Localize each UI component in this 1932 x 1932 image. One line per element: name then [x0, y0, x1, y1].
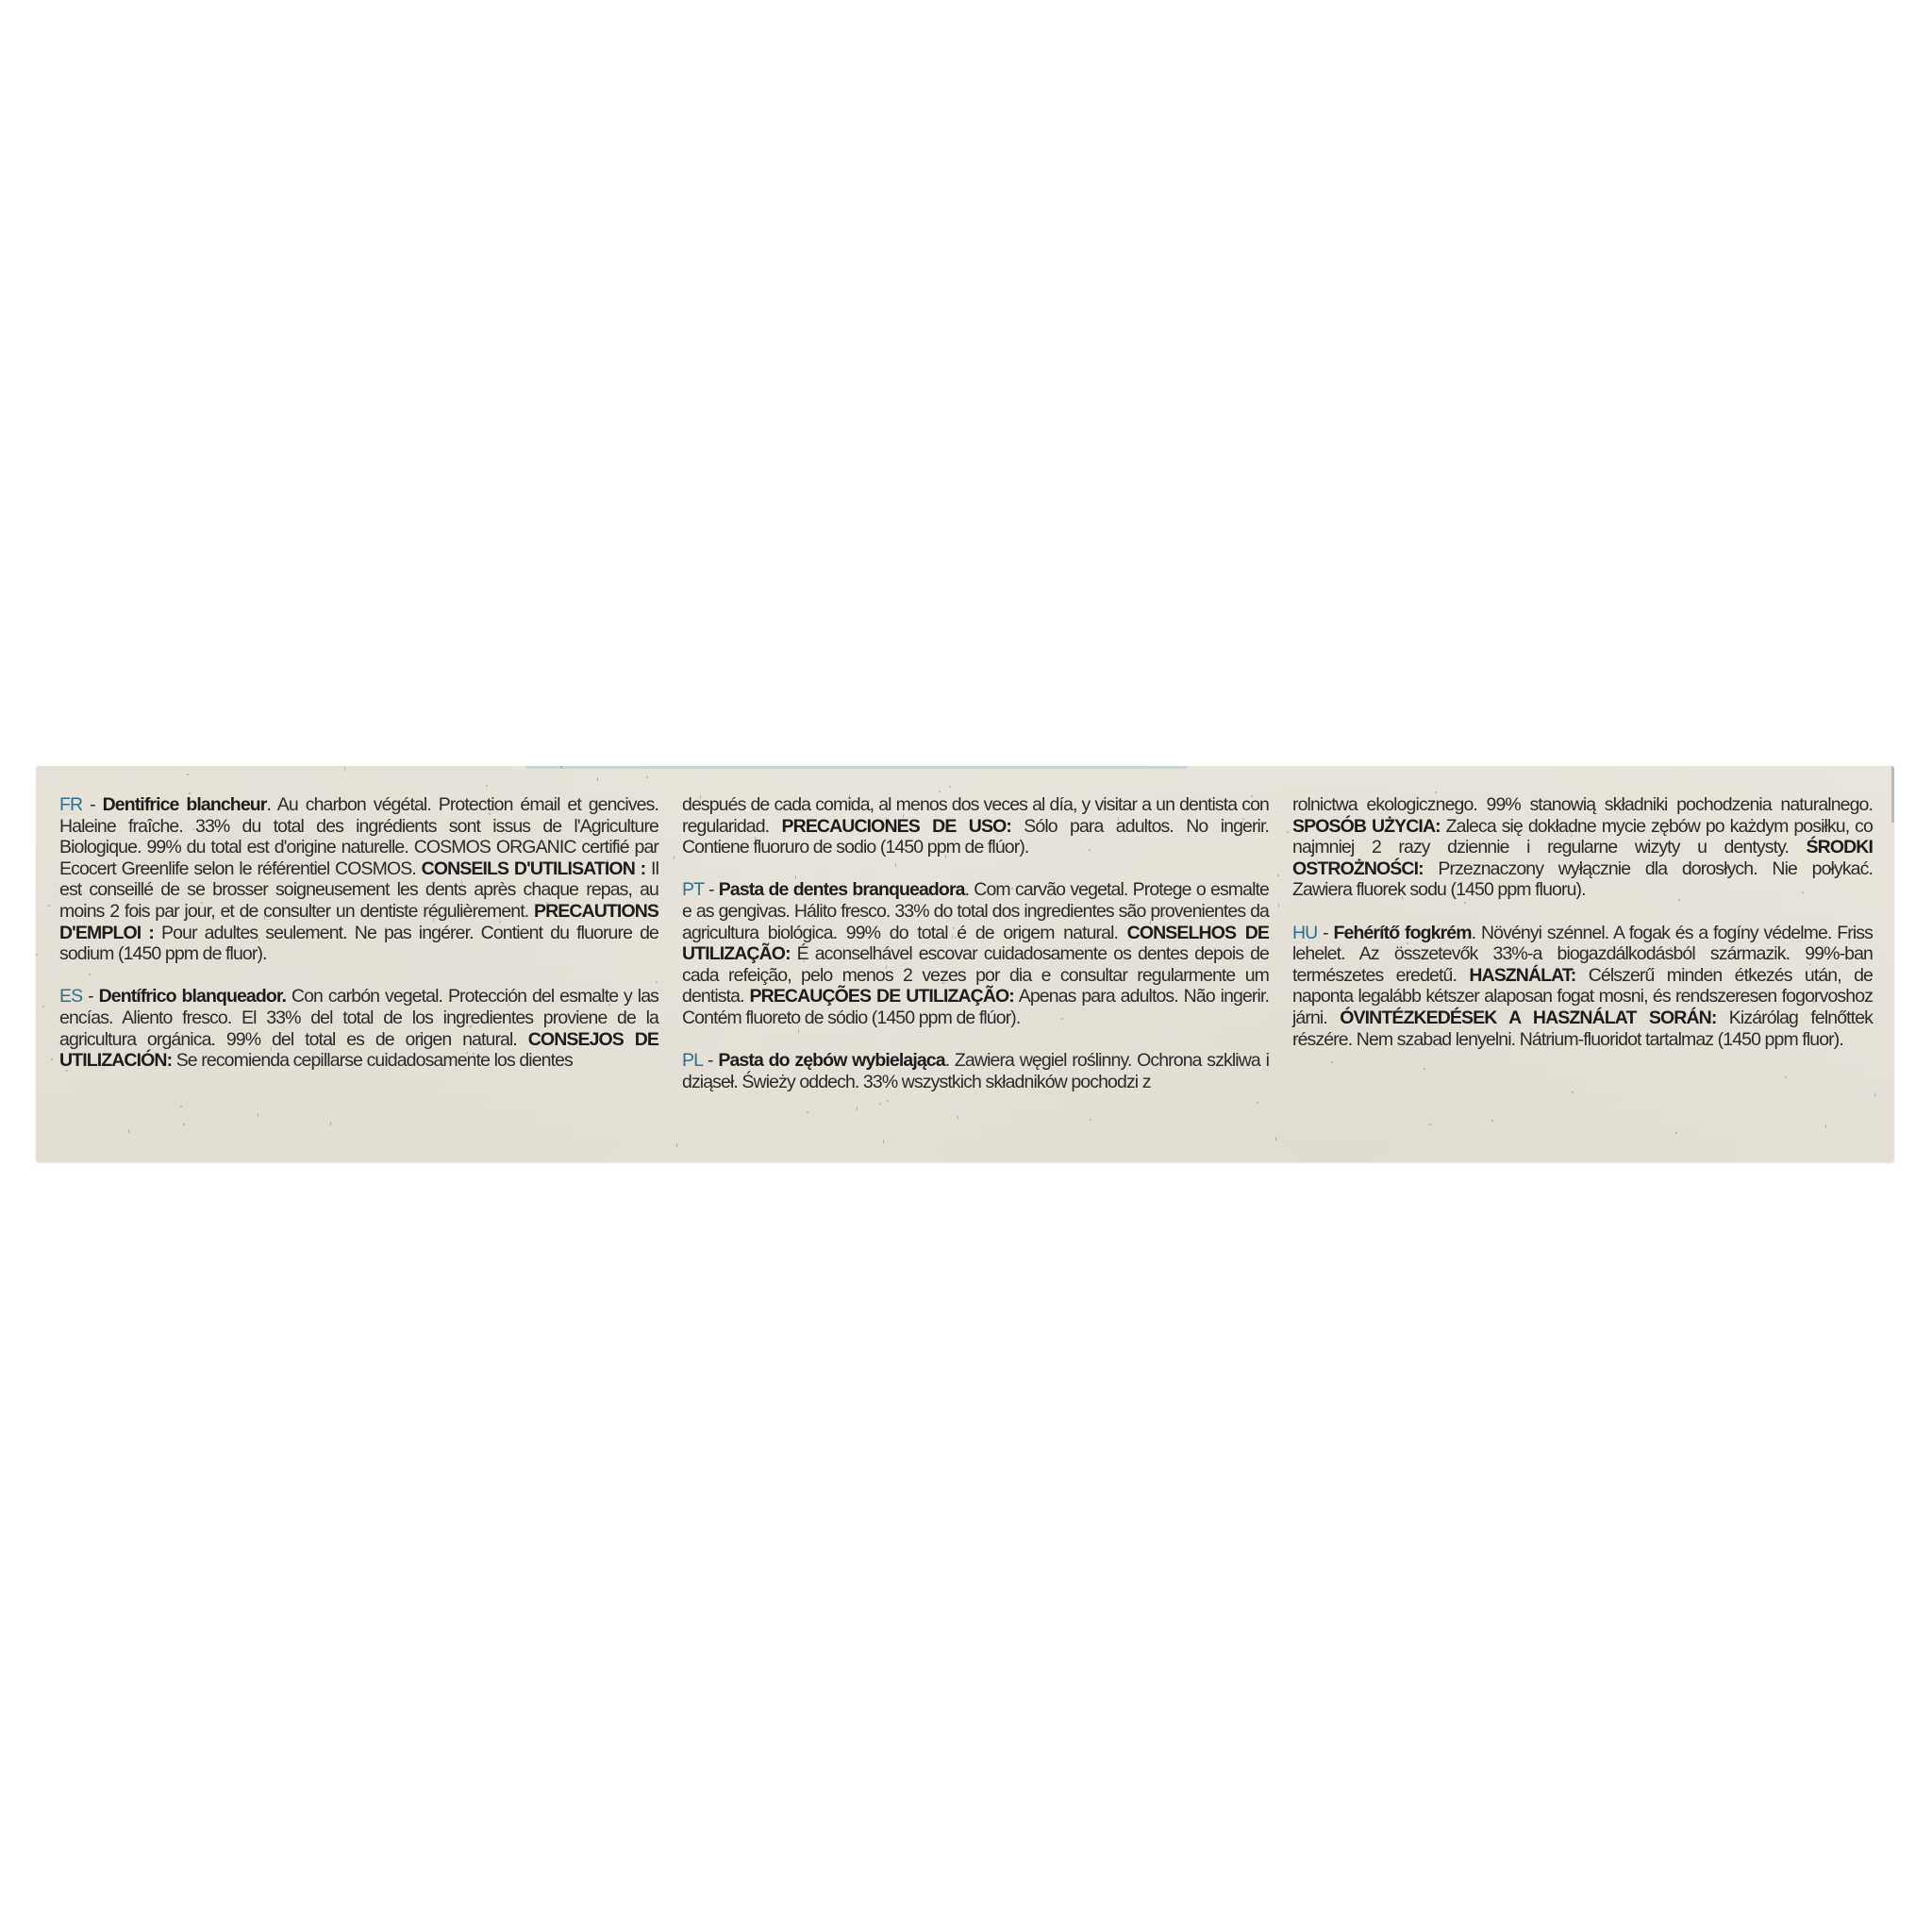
paper-fiber-speck — [1633, 936, 1635, 938]
paper-fiber-speck — [891, 826, 892, 828]
paper-fiber-speck — [886, 965, 887, 969]
paper-fiber-speck — [1201, 908, 1203, 910]
paper-fiber-speck — [264, 916, 265, 920]
paragraph-hu: HU - Fehérítő fogkrém. Növényi szénnel. … — [1292, 923, 1873, 1051]
paper-fiber-speck — [535, 1062, 536, 1066]
paper-fiber-speck — [243, 892, 245, 894]
paper-fiber-speck — [1785, 1076, 1787, 1078]
paper-fiber-speck — [466, 1052, 468, 1054]
paper-fiber-speck — [1491, 1120, 1493, 1122]
paper-fiber-speck — [1700, 806, 1702, 808]
paper-fiber-speck — [1375, 890, 1377, 891]
paper-fiber-speck — [953, 927, 955, 929]
language-code: PT — [682, 879, 704, 900]
paper-fiber-speck — [499, 921, 501, 923]
paper-fiber-speck — [958, 1116, 958, 1120]
paper-fiber-speck — [1802, 891, 1804, 893]
paper-fiber-speck — [1866, 1011, 1867, 1015]
paper-fiber-speck — [1678, 899, 1680, 901]
paper-fiber-speck — [344, 767, 345, 771]
paper-fiber-speck — [1867, 1021, 1869, 1023]
body-text: - — [82, 986, 98, 1007]
paper-fiber-speck — [1047, 893, 1049, 895]
paper-fiber-speck — [1435, 791, 1437, 793]
paper-fiber-speck — [128, 1129, 129, 1133]
paper-fiber-speck — [461, 880, 462, 884]
paper-fiber-speck — [1382, 806, 1384, 808]
paper-fiber-speck — [868, 800, 870, 802]
paper-fiber-speck — [1020, 970, 1021, 974]
paper-fiber-speck — [755, 837, 756, 841]
paper-fiber-speck — [955, 937, 957, 939]
paper-fiber-speck — [1825, 1124, 1826, 1128]
paper-fiber-speck — [942, 982, 944, 984]
paper-fiber-speck — [1572, 1091, 1574, 1093]
paper-fiber-speck — [141, 865, 142, 867]
paper-fiber-speck — [1090, 1119, 1091, 1121]
paper-fiber-speck — [883, 1140, 884, 1143]
paper-fiber-speck — [1409, 970, 1411, 972]
paper-fiber-speck — [1163, 914, 1165, 916]
paper-fiber-speck — [1287, 831, 1289, 833]
paper-fiber-speck — [433, 918, 434, 922]
paper-fiber-speck — [36, 954, 38, 956]
paper-fiber-speck — [1496, 1040, 1498, 1041]
paper-fiber-speck — [301, 823, 303, 824]
paper-fiber-speck — [597, 777, 598, 781]
paper-fiber-speck — [903, 814, 904, 818]
body-text: - — [702, 1050, 718, 1071]
paper-fiber-speck — [1571, 831, 1573, 833]
paper-fiber-speck — [795, 875, 796, 879]
paper-fiber-speck — [804, 958, 805, 962]
paragraph-pl: PL - Pasta do zębów wybielająca. Zawiera… — [682, 1050, 1269, 1092]
product-title: Fehérítő fogkrém — [1334, 923, 1472, 943]
text-column-3: rolnictwa ekologicznego. 99% stanowią sk… — [1292, 794, 1873, 1072]
text-column-2: después de cada comida, al menos dos vec… — [682, 794, 1269, 1114]
paper-fiber-speck — [199, 884, 201, 886]
paper-fiber-speck — [949, 786, 951, 788]
paper-fiber-speck — [473, 1053, 475, 1055]
paper-fiber-speck — [508, 1004, 509, 1006]
paragraph-es: ES - Dentífrico blanqueador. Con carbón … — [59, 986, 658, 1071]
text-column-1: FR - Dentifrice blancheur. Au charbon vé… — [59, 794, 658, 1092]
language-code: PL — [682, 1050, 702, 1071]
paper-fiber-speck — [1251, 795, 1253, 797]
paper-fiber-speck — [676, 1143, 677, 1147]
paper-fiber-speck — [1407, 942, 1408, 944]
paper-fiber-speck — [1809, 964, 1811, 966]
language-code: HU — [1292, 923, 1317, 943]
section-heading: CONSEILS D'UTILISATION : — [422, 858, 646, 879]
paper-fiber-speck — [857, 1107, 858, 1110]
product-title: Dentífrico blanqueador. — [99, 986, 286, 1007]
paper-fiber-speck — [646, 776, 648, 778]
paper-fiber-speck — [895, 863, 896, 867]
paper-fiber-speck — [939, 791, 941, 792]
paper-fiber-speck — [48, 905, 50, 907]
paper-fiber-speck — [546, 902, 548, 904]
paper-fiber-speck — [887, 1100, 889, 1102]
paragraph-es-cont: después de cada comida, al menos dos vec… — [682, 794, 1269, 858]
section-heading: HASZNÁLAT: — [1469, 965, 1575, 986]
body-text: - — [82, 794, 102, 815]
paper-fiber-speck — [1857, 938, 1859, 940]
language-code: ES — [59, 986, 82, 1007]
paper-fiber-speck — [1118, 817, 1119, 821]
paper-fiber-speck — [849, 794, 850, 798]
paper-fiber-speck — [183, 1124, 185, 1125]
paper-fiber-speck — [607, 859, 608, 861]
paper-fiber-speck — [851, 800, 852, 804]
paper-fiber-speck — [288, 829, 290, 831]
paper-fiber-speck — [258, 1113, 258, 1117]
paper-fiber-speck — [1417, 1013, 1419, 1015]
paper-fiber-speck — [1398, 869, 1399, 873]
paper-fiber-speck — [321, 1039, 322, 1042]
body-text: rolnictwa ekologicznego. 99% stanowią sk… — [1292, 794, 1873, 815]
body-text: - — [704, 879, 719, 900]
body-text: - — [1317, 923, 1333, 943]
paper-fiber-speck — [1710, 970, 1712, 972]
product-title: Dentifrice blancheur — [103, 794, 267, 815]
paper-fiber-speck — [1061, 1018, 1063, 1020]
paper-fiber-speck — [297, 911, 298, 915]
paper-fiber-speck — [1257, 956, 1259, 958]
paper-fiber-speck — [879, 1103, 881, 1105]
paper-fiber-speck — [448, 916, 450, 918]
paper-fiber-speck — [51, 1058, 53, 1060]
paper-fiber-speck — [945, 855, 946, 858]
toothpaste-box-side-panel: FR - Dentifrice blancheur. Au charbon vé… — [36, 766, 1894, 1162]
paper-fiber-speck — [1429, 1124, 1431, 1125]
paragraph-pl-cont: rolnictwa ekologicznego. 99% stanowią sk… — [1292, 794, 1873, 901]
paper-fiber-speck — [470, 1025, 472, 1027]
paper-fiber-speck — [330, 1122, 331, 1125]
paper-fiber-speck — [237, 950, 239, 952]
paper-fiber-speck — [608, 1004, 610, 1006]
paper-fiber-speck — [1477, 1034, 1479, 1036]
section-heading: SPOSÓB UŻYCIA: — [1292, 816, 1441, 837]
paper-fiber-speck — [1072, 954, 1074, 956]
paper-fiber-speck — [1089, 849, 1091, 851]
paper-fiber-speck — [807, 1111, 808, 1113]
paper-fiber-speck — [194, 847, 196, 849]
paper-fiber-speck — [700, 795, 701, 799]
paper-fiber-speck — [487, 937, 489, 939]
box-top-edge-stripe — [526, 766, 1187, 769]
paper-fiber-speck — [1571, 835, 1573, 837]
paragraph-fr: FR - Dentifrice blancheur. Au charbon vé… — [59, 794, 658, 965]
paper-fiber-speck — [80, 891, 82, 892]
paper-fiber-speck — [1242, 818, 1244, 820]
paper-fiber-speck — [1464, 902, 1466, 904]
paper-fiber-speck — [952, 935, 953, 939]
paper-fiber-speck — [1874, 1093, 1875, 1097]
paper-fiber-speck — [1813, 1001, 1815, 1003]
paper-fiber-speck — [131, 908, 133, 910]
paper-fiber-speck — [1424, 1068, 1425, 1070]
paper-fiber-speck — [42, 1006, 44, 1008]
language-code: FR — [59, 794, 82, 815]
paper-fiber-speck — [1295, 1039, 1297, 1041]
paper-fiber-speck — [674, 856, 675, 859]
paper-fiber-speck — [486, 785, 488, 787]
paper-fiber-speck — [1150, 921, 1151, 924]
paper-fiber-speck — [798, 887, 799, 891]
paper-fiber-speck — [560, 766, 562, 768]
paper-fiber-speck — [192, 828, 194, 830]
paper-fiber-speck — [489, 813, 491, 815]
paper-fiber-speck — [1361, 1013, 1363, 1015]
paper-fiber-speck — [656, 981, 658, 983]
paper-fiber-speck — [1011, 888, 1013, 890]
paper-fiber-speck — [1670, 947, 1672, 949]
paper-fiber-speck — [187, 774, 189, 775]
paper-fiber-speck — [1331, 1061, 1333, 1063]
paper-fiber-speck — [271, 1047, 272, 1051]
product-photo: FR - Dentifrice blancheur. Au charbon vé… — [0, 0, 1932, 1932]
paper-fiber-speck — [258, 938, 259, 941]
paper-fiber-speck — [385, 927, 387, 929]
paper-fiber-speck — [1790, 996, 1791, 998]
paper-fiber-speck — [180, 1106, 182, 1108]
paper-fiber-speck — [66, 1070, 68, 1072]
product-title: Pasta do zębów wybielająca — [718, 1050, 944, 1071]
paper-fiber-speck — [89, 974, 91, 975]
section-heading: PRECAUCIONES DE USO: — [782, 816, 1011, 837]
paper-fiber-speck — [848, 911, 850, 913]
paper-fiber-speck — [1675, 1132, 1677, 1134]
paper-fiber-speck — [1402, 896, 1403, 900]
paper-fiber-speck — [869, 936, 871, 938]
paper-fiber-speck — [189, 792, 191, 794]
paper-fiber-speck — [201, 902, 203, 904]
paper-fiber-speck — [1374, 993, 1374, 997]
paper-fiber-speck — [798, 1029, 799, 1033]
paper-fiber-speck — [1275, 1137, 1276, 1141]
body-text: Se recomienda cepillarse cuidadosamente … — [172, 1050, 573, 1071]
paper-fiber-speck — [1692, 868, 1694, 870]
paper-fiber-speck — [1257, 1102, 1258, 1104]
paper-fiber-speck — [1714, 997, 1716, 999]
paper-fiber-speck — [1171, 974, 1173, 976]
section-heading: PRECAUÇÕES DE UTILIZAÇÃO: — [750, 986, 1014, 1007]
paper-fiber-speck — [1190, 799, 1191, 801]
paper-fiber-speck — [1277, 874, 1279, 876]
box-right-edge — [1891, 766, 1894, 823]
section-heading: ÓVINTÉZKEDÉSEK A HASZNÁLAT SORÁN: — [1340, 1008, 1716, 1028]
paragraph-pt: PT - Pasta de dentes branqueadora. Com c… — [682, 879, 1269, 1028]
paper-fiber-speck — [1278, 904, 1279, 908]
product-title: Pasta de dentes branqueadora — [719, 879, 965, 900]
